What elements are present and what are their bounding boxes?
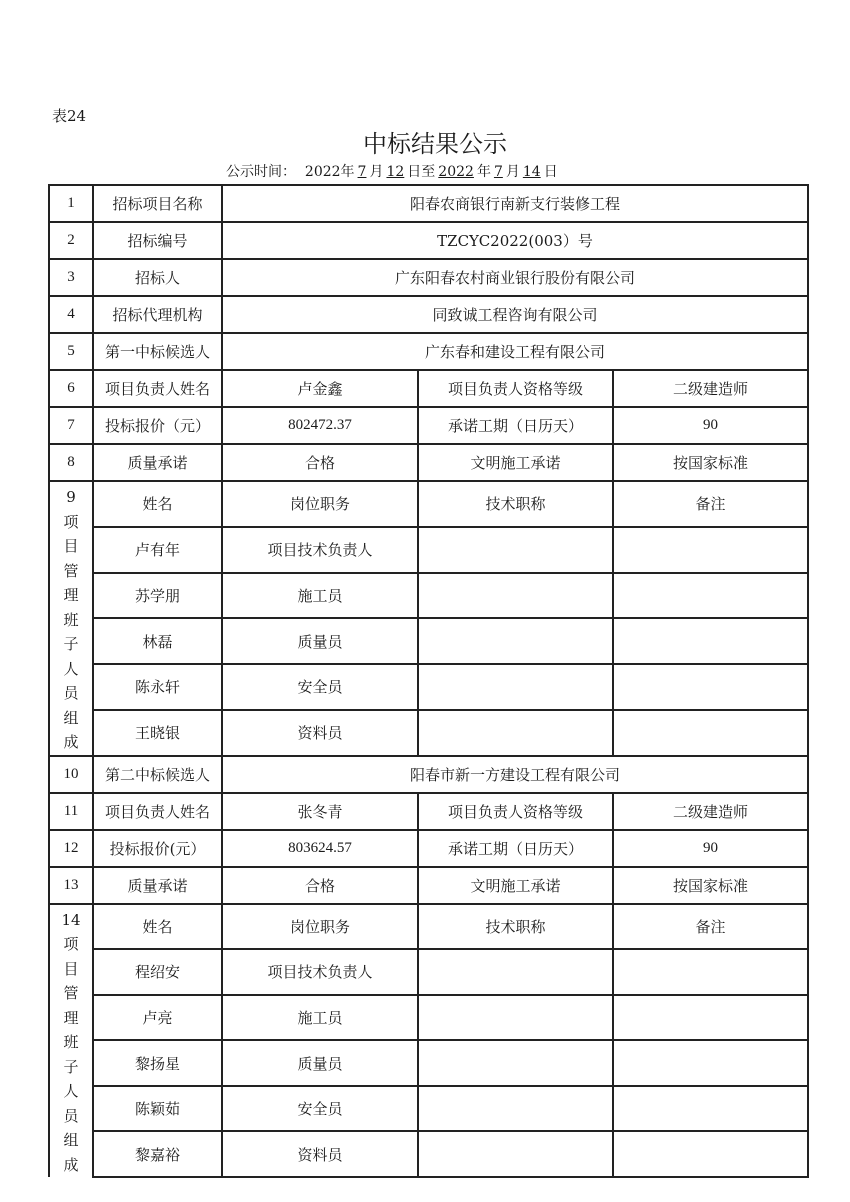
team-member-row: 卢有年 项目技术负责人 [49, 527, 808, 573]
field-value: 卢金鑫 [222, 370, 418, 407]
table-row: 8 质量承诺 合格 文明施工承诺 按国家标准 [49, 444, 808, 481]
label-char: 组 [50, 1128, 92, 1153]
row-number: 8 [49, 444, 93, 481]
row-number: 9 [50, 485, 92, 510]
member-title [418, 573, 613, 619]
table-row: 7 投标报价（元） 802472.37 承诺工期（日历天） 90 [49, 407, 808, 444]
table-row: 11 项目负责人姓名 张冬青 项目负责人资格等级 二级建造师 [49, 793, 808, 830]
team-member-row: 卢亮 施工员 [49, 995, 808, 1041]
row-number: 4 [49, 296, 93, 333]
member-position: 项目技术负责人 [222, 949, 418, 995]
field-label: 第一中标候选人 [93, 333, 222, 370]
second-candidate: 阳春市新一方建设工程有限公司 [222, 756, 808, 793]
label-char: 班 [50, 608, 92, 633]
member-title [418, 1086, 613, 1132]
label-char: 班 [50, 1030, 92, 1055]
field-label: 承诺工期（日历天） [418, 830, 613, 867]
end-day: 14 [520, 164, 544, 180]
row-number: 11 [49, 793, 93, 830]
field-label: 质量承诺 [93, 444, 222, 481]
member-title [418, 1040, 613, 1086]
publish-time: 公示时间： 2022年7月12日至2022年7月14日 [226, 161, 558, 181]
label-char: 项 [50, 510, 92, 535]
label-char: 理 [50, 583, 92, 608]
team-member-row: 程绍安 项目技术负责人 [49, 949, 808, 995]
row-number: 1 [49, 185, 93, 222]
label-char: 人 [50, 1079, 92, 1104]
field-label: 招标项目名称 [93, 185, 222, 222]
member-position: 资料员 [222, 710, 418, 756]
column-header-remark: 备注 [613, 481, 808, 527]
field-label: 文明施工承诺 [418, 867, 613, 904]
member-remark [613, 1086, 808, 1132]
member-remark [613, 664, 808, 710]
row-number: 5 [49, 333, 93, 370]
table-row: 1 招标项目名称 阳春农商银行南新支行装修工程 [49, 185, 808, 222]
member-position: 项目技术负责人 [222, 527, 418, 573]
field-label: 第二中标候选人 [93, 756, 222, 793]
table-row: 13 质量承诺 合格 文明施工承诺 按国家标准 [49, 867, 808, 904]
member-name: 苏学朋 [93, 573, 222, 619]
table-row: 2 招标编号 TZCYC2022(003）号 [49, 222, 808, 259]
project-name: 阳春农商银行南新支行装修工程 [222, 185, 808, 222]
field-label: 招标代理机构 [93, 296, 222, 333]
field-value: 合格 [222, 444, 418, 481]
team2-label: 14 项 目 管 理 班 子 人 员 组 成 [49, 904, 93, 1178]
row-number: 14 [50, 908, 92, 933]
member-remark [613, 618, 808, 664]
member-name: 程绍安 [93, 949, 222, 995]
member-title [418, 527, 613, 573]
team-header-row: 14 项 目 管 理 班 子 人 员 组 成 姓名 岗位职务 技术职称 备注 [49, 904, 808, 950]
construction-period: 90 [613, 407, 808, 444]
construction-period: 90 [613, 830, 808, 867]
column-header-position: 岗位职务 [222, 481, 418, 527]
row-number: 12 [49, 830, 93, 867]
member-name: 黎嘉裕 [93, 1131, 222, 1177]
label-char: 子 [50, 1055, 92, 1080]
label-char: 管 [50, 981, 92, 1006]
team-header-row: 9 项 目 管 理 班 子 人 员 组 成 姓名 岗位职务 技术职称 备注 [49, 481, 808, 527]
first-candidate: 广东春和建设工程有限公司 [222, 333, 808, 370]
tender-agency: 同致诚工程咨询有限公司 [222, 296, 808, 333]
member-remark [613, 1040, 808, 1086]
label-char: 人 [50, 657, 92, 682]
field-value: 二级建造师 [613, 793, 808, 830]
field-label: 投标报价（元） [93, 407, 222, 444]
column-header-remark: 备注 [613, 904, 808, 950]
bid-price: 803624.57 [222, 830, 418, 867]
team-member-row: 黎扬星 质量员 [49, 1040, 808, 1086]
label-char: 目 [50, 957, 92, 982]
field-label: 质量承诺 [93, 867, 222, 904]
member-remark [613, 995, 808, 1041]
year-char: 年 [477, 164, 491, 180]
month-char: 月 [369, 164, 383, 180]
table-row: 10 第二中标候选人 阳春市新一方建设工程有限公司 [49, 756, 808, 793]
tenderer: 广东阳春农村商业银行股份有限公司 [222, 259, 808, 296]
table-row: 5 第一中标候选人 广东春和建设工程有限公司 [49, 333, 808, 370]
team-member-row: 林磊 质量员 [49, 618, 808, 664]
row-number: 2 [49, 222, 93, 259]
end-month: 7 [491, 164, 506, 180]
label-char: 成 [50, 1153, 92, 1178]
start-month: 7 [355, 164, 370, 180]
bid-result-table: 1 招标项目名称 阳春农商银行南新支行装修工程 2 招标编号 TZCYC2022… [48, 184, 809, 1178]
member-title [418, 995, 613, 1041]
label-char: 管 [50, 559, 92, 584]
label-char: 项 [50, 932, 92, 957]
column-header-name: 姓名 [93, 481, 222, 527]
field-label: 招标人 [93, 259, 222, 296]
team-member-row: 黎嘉裕 资料员 [49, 1131, 808, 1177]
row-number: 7 [49, 407, 93, 444]
label-char: 理 [50, 1006, 92, 1031]
member-position: 安全员 [222, 1086, 418, 1132]
publish-time-label: 公示时间： [226, 164, 296, 180]
team1-label: 9 项 目 管 理 班 子 人 员 组 成 [49, 481, 93, 756]
member-remark [613, 527, 808, 573]
field-label: 项目负责人姓名 [93, 793, 222, 830]
table-row: 3 招标人 广东阳春农村商业银行股份有限公司 [49, 259, 808, 296]
column-header-name: 姓名 [93, 904, 222, 950]
day-to-char: 日至 [407, 164, 435, 180]
member-position: 资料员 [222, 1131, 418, 1177]
end-year: 2022 [435, 164, 477, 180]
table-row: 4 招标代理机构 同致诚工程咨询有限公司 [49, 296, 808, 333]
label-char: 目 [50, 534, 92, 559]
field-value: 合格 [222, 867, 418, 904]
field-value: 按国家标准 [613, 444, 808, 481]
field-value: 二级建造师 [613, 370, 808, 407]
member-position: 施工员 [222, 995, 418, 1041]
member-title [418, 1131, 613, 1177]
field-label: 项目负责人姓名 [93, 370, 222, 407]
member-title [418, 949, 613, 995]
column-header-title: 技术职称 [418, 904, 613, 950]
column-header-title: 技术职称 [418, 481, 613, 527]
label-char: 员 [50, 1104, 92, 1129]
member-title [418, 618, 613, 664]
bid-price: 802472.37 [222, 407, 418, 444]
member-title [418, 710, 613, 756]
label-char: 成 [50, 730, 92, 755]
row-number: 3 [49, 259, 93, 296]
team-member-row: 陈永轩 安全员 [49, 664, 808, 710]
field-label: 文明施工承诺 [418, 444, 613, 481]
table-row: 6 项目负责人姓名 卢金鑫 项目负责人资格等级 二级建造师 [49, 370, 808, 407]
table-row: 12 投标报价(元） 803624.57 承诺工期（日历天） 90 [49, 830, 808, 867]
member-name: 王晓银 [93, 710, 222, 756]
member-remark [613, 949, 808, 995]
member-position: 施工员 [222, 573, 418, 619]
label-char: 组 [50, 706, 92, 731]
field-label: 招标编号 [93, 222, 222, 259]
label-char: 员 [50, 681, 92, 706]
field-label: 承诺工期（日历天） [418, 407, 613, 444]
table-number-label: 表24 [52, 105, 86, 126]
member-position: 质量员 [222, 1040, 418, 1086]
member-remark [613, 1131, 808, 1177]
tender-number: TZCYC2022(003）号 [222, 222, 808, 259]
member-remark [613, 573, 808, 619]
member-name: 卢亮 [93, 995, 222, 1041]
page-title: 中标结果公示 [0, 124, 850, 159]
day-char: 日 [544, 164, 558, 180]
member-name: 黎扬星 [93, 1040, 222, 1086]
row-number: 6 [49, 370, 93, 407]
member-position: 安全员 [222, 664, 418, 710]
field-label: 项目负责人资格等级 [418, 793, 613, 830]
team-member-row: 王晓银 资料员 [49, 710, 808, 756]
member-position: 质量员 [222, 618, 418, 664]
label-char: 子 [50, 632, 92, 657]
field-value: 张冬青 [222, 793, 418, 830]
field-value: 按国家标准 [613, 867, 808, 904]
end-month-char: 月 [506, 164, 520, 180]
column-header-position: 岗位职务 [222, 904, 418, 950]
member-name: 陈永轩 [93, 664, 222, 710]
member-remark [613, 710, 808, 756]
row-number: 13 [49, 867, 93, 904]
row-number: 10 [49, 756, 93, 793]
team-member-row: 陈颖茹 安全员 [49, 1086, 808, 1132]
start-year: 2022年 [305, 164, 355, 180]
field-label: 投标报价(元） [93, 830, 222, 867]
member-name: 陈颖茹 [93, 1086, 222, 1132]
member-title [418, 664, 613, 710]
field-label: 项目负责人资格等级 [418, 370, 613, 407]
member-name: 卢有年 [93, 527, 222, 573]
team-member-row: 苏学朋 施工员 [49, 573, 808, 619]
member-name: 林磊 [93, 618, 222, 664]
start-day: 12 [383, 164, 407, 180]
